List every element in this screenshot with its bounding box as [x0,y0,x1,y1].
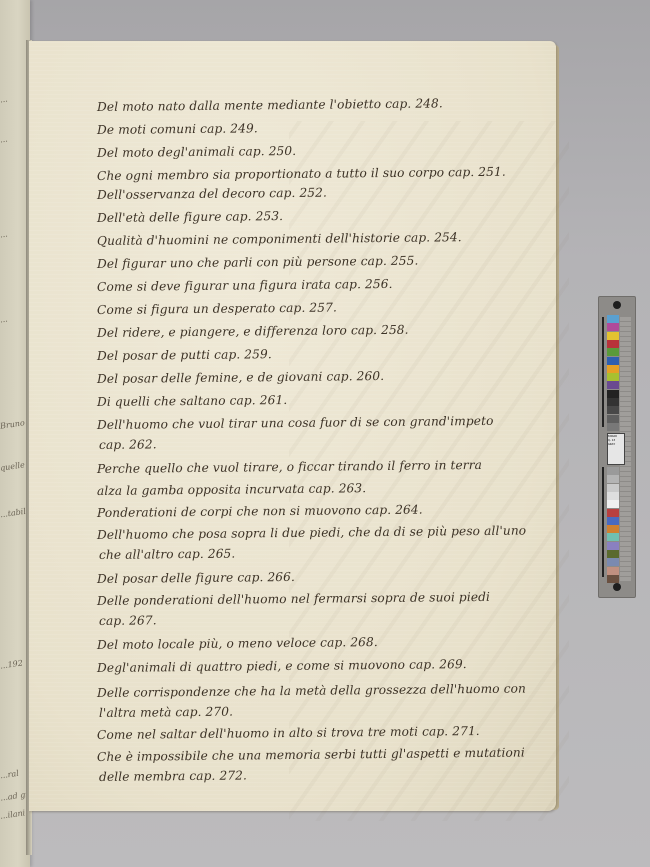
color-swatch [607,509,619,517]
color-swatch [607,558,619,566]
text-line: Come si figura un desperato cap. 257. [97,300,337,317]
text-line: Dell'osservanza del decoro cap. 252. [97,186,327,202]
text-line: cap. 262. [99,437,157,452]
color-swatch [607,348,619,356]
checker-spine [602,467,604,577]
text-line: l'altra metà cap. 270. [99,705,233,720]
text-line: Del posar delle figure cap. 266. [97,570,295,586]
color-swatch [607,365,619,373]
mounting-hole-icon [613,301,621,309]
text-line: Di quelli che saltano cap. 261. [97,393,287,409]
text-line: Dell'età delle figure cap. 253. [97,209,283,225]
color-swatch [607,492,619,500]
color-swatch [607,484,619,492]
mounting-hole-icon [613,583,621,591]
color-checker-card: KODAK Q-13 GRAY [598,296,636,598]
margin-note: ...ral [0,769,19,781]
margin-note: ... [0,315,8,325]
text-line: Del posar de putti cap. 259. [97,347,272,363]
margin-note: quelle [0,460,25,472]
color-swatch [607,550,619,558]
text-line: delle membra cap. 272. [99,768,247,784]
margin-note: Bruno [0,418,25,430]
color-swatch [607,467,619,475]
color-swatch [607,542,619,550]
color-swatch [607,575,619,583]
color-swatch [607,332,619,340]
color-swatch [607,398,619,406]
color-swatch [607,373,619,381]
margin-note: ...ilani [0,808,26,820]
color-swatch [607,423,619,431]
color-swatch [607,517,619,525]
color-swatch [607,406,619,414]
text-line: Del moto locale più, o meno veloce cap. … [97,635,378,652]
margin-note: ... [0,95,8,105]
margin-note: ... [0,230,8,240]
color-swatch [607,315,619,323]
color-swatch [607,525,619,533]
text-line: cap. 267. [99,613,157,628]
color-swatch [607,340,619,348]
text-line: De moti comuni cap. 249. [97,121,258,137]
color-swatch [607,381,619,389]
checker-label: KODAK Q-13 GRAY [607,433,625,465]
text-line: Del posar delle femine, e de giovani cap… [97,369,384,386]
text-line: alza la gamba opposita incurvata cap. 26… [97,481,366,498]
color-swatch [607,390,619,398]
color-swatch [607,323,619,331]
color-swatch [607,415,619,423]
color-swatch [607,500,619,508]
checker-spine [602,317,604,427]
color-swatch [607,567,619,575]
text-line: che all'altro cap. 265. [99,547,235,562]
color-swatch [607,475,619,483]
margin-note: ... [0,135,8,145]
color-swatch [607,533,619,541]
text-line: Del moto degl'animali cap. 250. [97,144,296,160]
margin-note: ...192 [0,658,23,670]
color-swatch [607,357,619,365]
